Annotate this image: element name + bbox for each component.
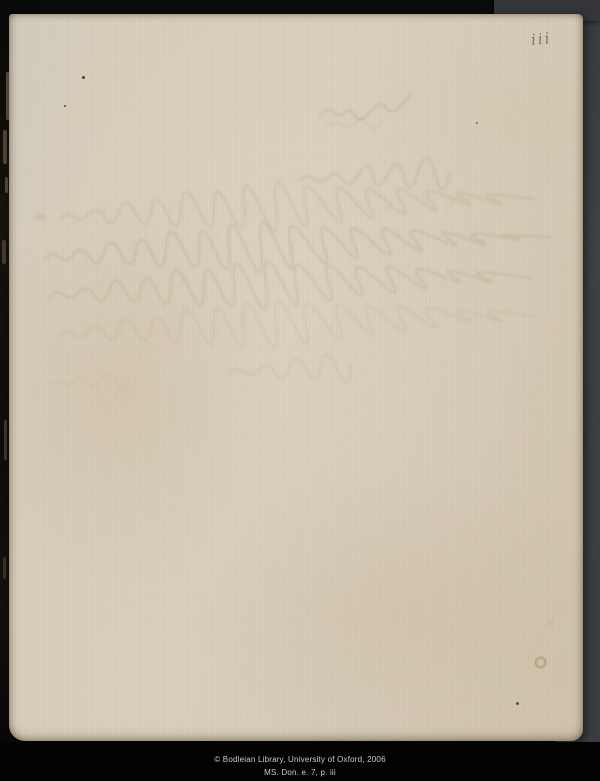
paper-speck bbox=[64, 105, 66, 107]
paper-smudge bbox=[31, 212, 49, 222]
ink-showthrough-line bbox=[50, 373, 128, 388]
ink-showthrough-line bbox=[230, 355, 351, 382]
ink-showthrough-line bbox=[60, 182, 535, 231]
caption-copyright: © Bodleian Library, University of Oxford… bbox=[0, 753, 600, 766]
ink-showthrough-line bbox=[320, 95, 410, 119]
ink-showthrough-strokes bbox=[99, 197, 484, 332]
caption-bar: © Bodleian Library, University of Oxford… bbox=[0, 742, 600, 781]
binding-speck bbox=[3, 557, 6, 579]
paper-speck bbox=[476, 122, 478, 124]
ink-showthrough-line bbox=[45, 222, 551, 272]
manuscript-scan: iii © Bodleian Library, University of Ox… bbox=[0, 0, 600, 781]
ink-showthrough-line bbox=[327, 120, 381, 129]
foxing-stain bbox=[546, 618, 555, 627]
folio-number: iii bbox=[530, 29, 552, 49]
ink-showthrough-line bbox=[60, 299, 535, 348]
binding-speck bbox=[3, 130, 7, 164]
binding-speck bbox=[4, 420, 7, 460]
paper-speck bbox=[516, 702, 519, 705]
ink-showthrough-line bbox=[50, 260, 532, 309]
paper-speck bbox=[82, 76, 85, 79]
manuscript-page: iii bbox=[9, 14, 583, 741]
ink-showthrough-layer bbox=[9, 14, 583, 741]
ink-showthrough-line bbox=[300, 158, 450, 189]
binding-speck bbox=[5, 177, 8, 193]
foxing-stain bbox=[534, 656, 547, 669]
binding-speck bbox=[2, 240, 6, 264]
caption-shelfmark: MS. Don. e. 7, p. iii bbox=[0, 766, 600, 779]
